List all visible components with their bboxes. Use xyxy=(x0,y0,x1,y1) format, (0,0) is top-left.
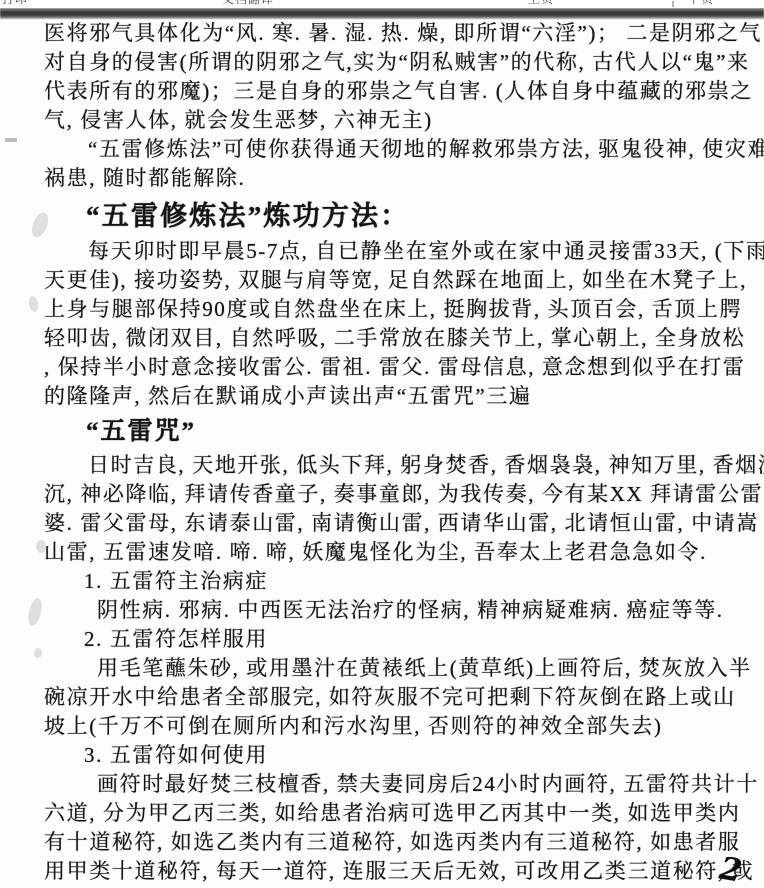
text-line: 阴性病. 邪病. 中西医无法治疗的怪病, 精神病疑难病. 癌症等等. xyxy=(0,596,764,625)
text-line: 用毛笔蘸朱砂, 或用墨汁在黄裱纸上(黄草纸)上画符后, 焚灰放入半 xyxy=(0,654,764,683)
text-line: , 保持半小时意念接收雷公. 雷祖. 雷父. 雷母信息, 意念想到似乎在打雷 xyxy=(0,353,764,382)
text-line: 山雷, 五雷速发喑. 啼. 啼, 妖魔鬼怪化为尘, 吾奉太上老君急急如令. xyxy=(0,538,764,567)
scan-smudge xyxy=(36,540,46,553)
toolbar-divider xyxy=(672,1,674,7)
text-line: 医将邪气具体化为“风. 寒. 暑. 湿. 热. 燥, 即所谓“六淫”)； 二是阴… xyxy=(0,19,764,48)
text-line: 日时吉良, 天地开张, 低头下拜, 躬身焚香, 香烟袅袅, 神知万里, 香烟沉 xyxy=(0,451,764,480)
text-line: 画符时最好焚三枝檀香, 禁夫妻同房后24小时内画符, 五雷符共计十 xyxy=(0,770,764,799)
scanned-page: 医将邪气具体化为“风. 寒. 暑. 湿. 热. 燥, 即所谓“六淫”)； 二是阴… xyxy=(0,19,764,886)
text-line: 祸患, 随时都能解除. xyxy=(0,164,764,193)
text-line: 3. 五雷符如何使用 xyxy=(0,741,764,770)
text-line: 坡上(千万不可倒在厕所内和污水沟里, 否则符的神效全部失去) xyxy=(0,712,764,741)
text-line: 代表所有的邪魔)；三是自身的邪祟之气自害. (人体自身中蕴藏的邪祟之 xyxy=(0,77,764,106)
text-line: 天更佳), 接功姿势, 双腿与肩等宽, 足自然踩在地面上, 如坐在木凳子上, xyxy=(0,266,764,295)
toolbar-item-prev-page[interactable]: 上页 xyxy=(528,0,554,5)
section-heading: “五雷修炼法”炼功方法： xyxy=(0,193,764,237)
text-line: 轻叩齿, 微闭双目, 自然呼吸, 二手常放在膝关节上, 掌心朝上, 全身放松 xyxy=(0,324,764,353)
text-line: 每天卯时即早晨5-7点, 自已静坐在室外或在家中通灵接雷33天, (下雨 xyxy=(0,237,764,266)
text-line: 气, 侵害人体, 就会发生恶梦, 六神无主) xyxy=(0,106,764,135)
text-line: 有十道秘符, 如选乙类内有三道秘符, 如选丙类内有三道秘符, 如患者服 xyxy=(0,828,764,857)
toolbar-item-print[interactable]: 打印 xyxy=(2,0,28,5)
toolbar-item-next-page[interactable]: 下页 xyxy=(688,0,714,5)
text-line: 2. 五雷符怎样服用 xyxy=(0,625,764,654)
text-line: “五雷修炼法”可使你获得通天彻地的解救邪祟方法, 驱鬼役神, 使灾难 xyxy=(0,135,764,164)
text-line: 用甲类十道秘符, 每天一道符, 连服三天后无效, 可改用乙类三道秘符, 或 xyxy=(0,857,764,886)
text-line: 沉, 神必降临, 拜请传香童子, 奏事童郎, 为我传奏, 今有某XX 拜请雷公雷 xyxy=(0,480,764,509)
scan-smudge xyxy=(5,138,17,142)
text-line: 上身与腿部保持90度或自然盘坐在床上, 挺胸拔背, 头顶百会, 舌顶上腭 xyxy=(0,295,764,324)
text-line: 对自身的侵害(所谓的阴邪之气,实为“阴私贼害”的代称, 古代人以“鬼”来 xyxy=(0,48,764,77)
document-viewer: 打印文档翻译上页下页 医将邪气具体化为“风. 寒. 暑. 湿. 热. 燥, 即所… xyxy=(0,0,764,888)
page-lines: 医将邪气具体化为“风. 寒. 暑. 湿. 热. 燥, 即所谓“六淫”)； 二是阴… xyxy=(0,19,764,886)
page-edge-shadow xyxy=(0,8,764,19)
text-line: 六道, 分为甲乙丙三类, 如给患者治病可选甲乙丙其中一类, 如选甲类内 xyxy=(0,799,764,828)
text-line: 的隆隆声, 然后在默诵成小声读出声“五雷咒”三遍 xyxy=(0,382,764,411)
section-heading: “五雷咒” xyxy=(0,411,764,451)
text-line: 碗凉开水中给患者全部服完, 如符灰服不完可把剩下符灰倒在路上或山 xyxy=(0,683,764,712)
toolbar-strip: 打印文档翻译上页下页 xyxy=(0,0,764,8)
text-line: 1. 五雷符主治病症 xyxy=(0,567,764,596)
scan-smudge xyxy=(34,648,42,658)
toolbar-item-doc-translate[interactable]: 文档翻译 xyxy=(222,0,274,5)
text-line: 婆. 雷父雷母, 东请泰山雷, 南请衡山雷, 西请华山雷, 北请恒山雷, 中请嵩 xyxy=(0,509,764,538)
